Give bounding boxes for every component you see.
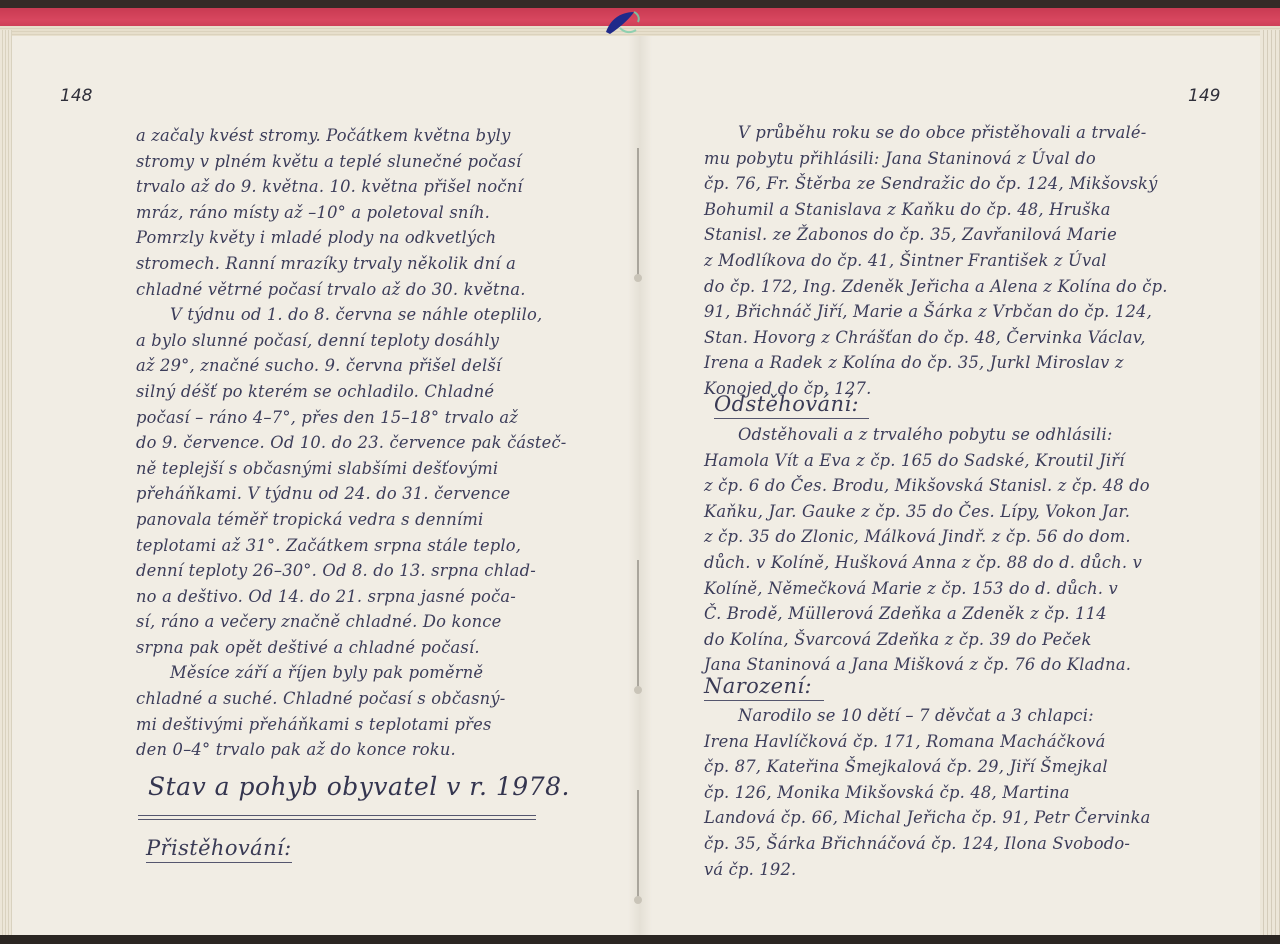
text-line: mráz, ráno místy až –10° a poletoval sní…	[136, 200, 606, 226]
subsection-heading-births: Narození:	[704, 674, 824, 701]
text-line: mu pobytu přihlásili: Jana Staninová z Ú…	[704, 146, 1168, 172]
book-spread: 148 149 a začaly kvést stromy. Počátkem …	[0, 0, 1280, 944]
text-line: přeháňkami. V týdnu od 24. do 31. červen…	[136, 481, 606, 507]
text-line: z čp. 35 do Zlonic, Málková Jindř. z čp.…	[704, 524, 1168, 550]
text-line: denní teploty 26–30°. Od 8. do 13. srpna…	[136, 558, 606, 584]
text-line: V týdnu od 1. do 8. června se náhle otep…	[136, 302, 606, 328]
text-line: čp. 76, Fr. Štěrba ze Sendražic do čp. 1…	[704, 171, 1168, 197]
text-line: chladné větrné počasí trvalo až do 30. k…	[136, 277, 606, 303]
weather-paragraph-1: a začaly kvést stromy. Počátkem května b…	[136, 123, 606, 302]
text-line: trvalo až do 9. května. 10. května přiše…	[136, 174, 606, 200]
page-number-left: 148	[60, 86, 92, 106]
text-line: důch. v Kolíně, Hušková Anna z čp. 88 do…	[704, 550, 1168, 576]
heading-underline	[138, 819, 536, 820]
text-line: Měsíce září a říjen byly pak poměrně	[136, 660, 606, 686]
births-paragraph: Narodilo se 10 dětí – 7 děvčat a 3 chlap…	[704, 703, 1168, 882]
text-line: Irena a Radek z Kolína do čp. 35, Jurkl …	[704, 350, 1168, 376]
text-line: Odstěhovali a z trvalého pobytu se odhlá…	[704, 422, 1168, 448]
binding-stitch	[637, 790, 639, 900]
text-line: V průběhu roku se do obce přistěhovali a…	[704, 120, 1168, 146]
weather-paragraph-2: V týdnu od 1. do 8. června se náhle otep…	[136, 302, 606, 660]
page-stack-left-edge	[0, 30, 12, 935]
text-line: teplotami až 31°. Začátkem srpna stále t…	[136, 533, 606, 559]
text-line: Hamola Vít a Eva z čp. 165 do Sadské, Kr…	[704, 448, 1168, 474]
text-line: čp. 126, Monika Mikšovská čp. 48, Martin…	[704, 780, 1168, 806]
text-line: 91, Břichnáč Jiří, Marie a Šárka z Vrbča…	[704, 299, 1168, 325]
text-line: do čp. 172, Ing. Zdeněk Jeřicha a Alena …	[704, 274, 1168, 300]
text-line: Irena Havlíčková čp. 171, Romana Macháčk…	[704, 729, 1168, 755]
right-page-births-text: Narodilo se 10 dětí – 7 děvčat a 3 chlap…	[704, 703, 1168, 882]
immigration-paragraph: V průběhu roku se do obce přistěhovali a…	[704, 120, 1168, 402]
heading-underline	[138, 815, 536, 816]
text-line: počasí – ráno 4–7°, přes den 15–18° trva…	[136, 405, 606, 431]
emigration-paragraph: Odstěhovali a z trvalého pobytu se odhlá…	[704, 422, 1168, 678]
text-line: Kolíně, Němečková Marie z čp. 153 do d. …	[704, 576, 1168, 602]
text-line: z Modlíkova do čp. 41, Šintner František…	[704, 248, 1168, 274]
page-stack-right-edge	[1260, 30, 1280, 935]
text-line: Bohumil a Stanislava z Kaňku do čp. 48, …	[704, 197, 1168, 223]
text-line: panovala téměř tropická vedra s denními	[136, 507, 606, 533]
text-line: čp. 87, Kateřina Šmejkalová čp. 29, Jiří…	[704, 754, 1168, 780]
text-line: a začaly kvést stromy. Počátkem května b…	[136, 123, 606, 149]
text-line: no a deštivo. Od 14. do 21. srpna jasné …	[136, 584, 606, 610]
text-line: do 9. července. Od 10. do 23. července p…	[136, 430, 606, 456]
weather-paragraph-3: Měsíce září a říjen byly pak poměrně chl…	[136, 660, 606, 762]
text-line: čp. 35, Šárka Břichnáčová čp. 124, Ilona…	[704, 831, 1168, 857]
section-heading-population: Stav a pohyb obyvatel v r. 1978.	[148, 772, 570, 801]
bookmark-ribbon-icon	[600, 6, 654, 36]
text-line: stromy v plném květu a teplé slunečné po…	[136, 149, 606, 175]
text-line: do Kolína, Švarcová Zdeňka z čp. 39 do P…	[704, 627, 1168, 653]
text-line: vá čp. 192.	[704, 857, 1168, 883]
text-line: den 0–4° trvalo pak až do konce roku.	[136, 737, 606, 763]
text-line: Pomrzly květy i mladé plody na odkvetlýc…	[136, 225, 606, 251]
text-line: srpna pak opět deštivé a chladné počasí.	[136, 635, 606, 661]
text-line: silný déšť po kterém se ochladilo. Chlad…	[136, 379, 606, 405]
text-line: Kaňku, Jar. Gauke z čp. 35 do Čes. Lípy,…	[704, 499, 1168, 525]
text-line: sí, ráno a večery značně chladné. Do kon…	[136, 609, 606, 635]
text-line: z čp. 6 do Čes. Brodu, Mikšovská Stanisl…	[704, 473, 1168, 499]
text-line: Stan. Hovorg z Chrášťan do čp. 48, Červi…	[704, 325, 1168, 351]
text-line: a bylo slunné počasí, denní teploty dosá…	[136, 328, 606, 354]
text-line: ně teplejší s občasnými slabšími dešťový…	[136, 456, 606, 482]
text-line: chladné a suché. Chladné počasí s občasn…	[136, 686, 606, 712]
text-line: Landová čp. 66, Michal Jeřicha čp. 91, P…	[704, 805, 1168, 831]
right-page-immigration-text: V průběhu roku se do obce přistěhovali a…	[704, 120, 1168, 402]
text-line: Č. Brodě, Müllerová Zdeňka a Zdeněk z čp…	[704, 601, 1168, 627]
subsection-heading-immigration: Přistěhování:	[146, 836, 292, 863]
text-line: Narodilo se 10 dětí – 7 děvčat a 3 chlap…	[704, 703, 1168, 729]
binding-stitch	[637, 560, 639, 690]
left-page-text: a začaly kvést stromy. Počátkem května b…	[136, 123, 606, 763]
text-line: stromech. Ranní mrazíky trvaly několik d…	[136, 251, 606, 277]
right-page-emigration-text: Odstěhovali a z trvalého pobytu se odhlá…	[704, 422, 1168, 678]
binding-stitch	[637, 148, 639, 278]
book-gutter	[628, 36, 652, 935]
text-line: až 29°, značné sucho. 9. června přišel d…	[136, 353, 606, 379]
text-line: Stanisl. ze Žabonos do čp. 35, Zavřanilo…	[704, 222, 1168, 248]
page-number-right: 149	[1188, 86, 1220, 106]
subsection-heading-emigration: Odstěhování:	[714, 392, 869, 419]
text-line: mi deštivými přeháňkami s teplotami přes	[136, 712, 606, 738]
